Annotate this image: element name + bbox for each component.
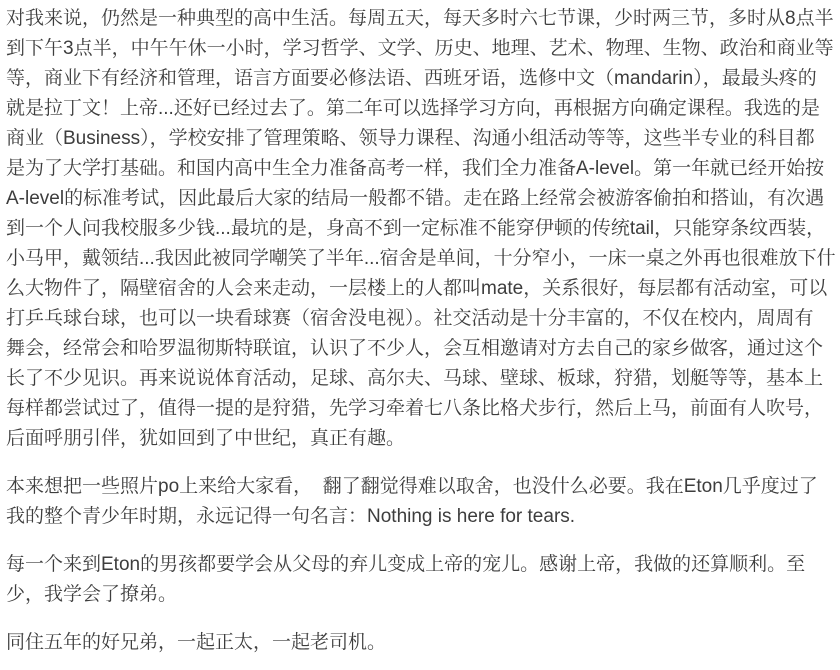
text-line: 小马甲，戴领结...我因此被同学嘲笑了半年...宿舍是单间，十分窄小，一床一桌之… bbox=[6, 244, 836, 274]
text-line: A-level的标准考试，因此最后大家的结局一般都不错。走在路上经常会被游客偷拍… bbox=[6, 184, 836, 214]
text-line: 商业（Business），学校安排了管理策略、领导力课程、沟通小组活动等等，这些… bbox=[6, 124, 836, 154]
article-body: 对我来说，仍然是一种典型的高中生活。每周五天，每天多时六七节课，少时两三节，多时… bbox=[0, 0, 840, 658]
text-line: 么大物件了，隔壁宿舍的人会来走动，一层楼上的人都叫mate，关系很好，每层都有活… bbox=[6, 274, 836, 304]
text-line: 打乒乓球台球，也可以一块看球赛（宿舍没电视）。社交活动是十分丰富的，不仅在校内，… bbox=[6, 304, 836, 334]
text-line: 等，商业下有经济和管理，语言方面要必修法语、西班牙语，选修中文（mandarin… bbox=[6, 64, 836, 94]
text-line: 到下午3点半，中午午休一小时，学习哲学、文学、历史、地理、艺术、物理、生物、政治… bbox=[6, 34, 836, 64]
text-line: 长了不少见识。再来说说体育活动，足球、高尔夫、马球、壁球、板球，狩猎，划艇等等，… bbox=[6, 364, 836, 394]
paragraph: 对我来说，仍然是一种典型的高中生活。每周五天，每天多时六七节课，少时两三节，多时… bbox=[6, 4, 836, 454]
text-line: 每一个来到Eton的男孩都要学会从父母的弃儿变成上帝的宠儿。感谢上帝，我做的还算… bbox=[6, 550, 836, 580]
text-line: 本来想把一些照片po上来给大家看， 翻了翻觉得难以取舍，也没什么必要。我在Eto… bbox=[6, 472, 836, 502]
text-line: 就是拉丁文！上帝...还好已经过去了。第二年可以选择学习方向，再根据方向确定课程… bbox=[6, 94, 836, 124]
text-line: 对我来说，仍然是一种典型的高中生活。每周五天，每天多时六七节课，少时两三节，多时… bbox=[6, 4, 836, 34]
text-line: 同住五年的好兄弟，一起正太，一起老司机。 bbox=[6, 628, 836, 658]
paragraph: 同住五年的好兄弟，一起正太，一起老司机。 bbox=[6, 628, 836, 658]
paragraph: 每一个来到Eton的男孩都要学会从父母的弃儿变成上帝的宠儿。感谢上帝，我做的还算… bbox=[6, 550, 836, 610]
text-line: 后面呼朋引伴，犹如回到了中世纪，真正有趣。 bbox=[6, 424, 836, 454]
text-line: 少，我学会了撩弟。 bbox=[6, 580, 836, 610]
text-line: 每样都尝试过了，值得一提的是狩猎，先学习牵着七八条比格犬步行，然后上马，前面有人… bbox=[6, 394, 836, 424]
text-line: 是为了大学打基础。和国内高中生全力准备高考一样，我们全力准备A-level。第一… bbox=[6, 154, 836, 184]
text-line: 我的整个青少年时期，永远记得一句名言：Nothing is here for t… bbox=[6, 502, 836, 532]
paragraph: 本来想把一些照片po上来给大家看， 翻了翻觉得难以取舍，也没什么必要。我在Eto… bbox=[6, 472, 836, 532]
text-line: 到一个人问我校服多少钱...最坑的是，身高不到一定标准不能穿伊顿的传统tail，… bbox=[6, 214, 836, 244]
text-line: 舞会，经常会和哈罗温彻斯特联谊，认识了不少人，会互相邀请对方去自己的家乡做客，通… bbox=[6, 334, 836, 364]
